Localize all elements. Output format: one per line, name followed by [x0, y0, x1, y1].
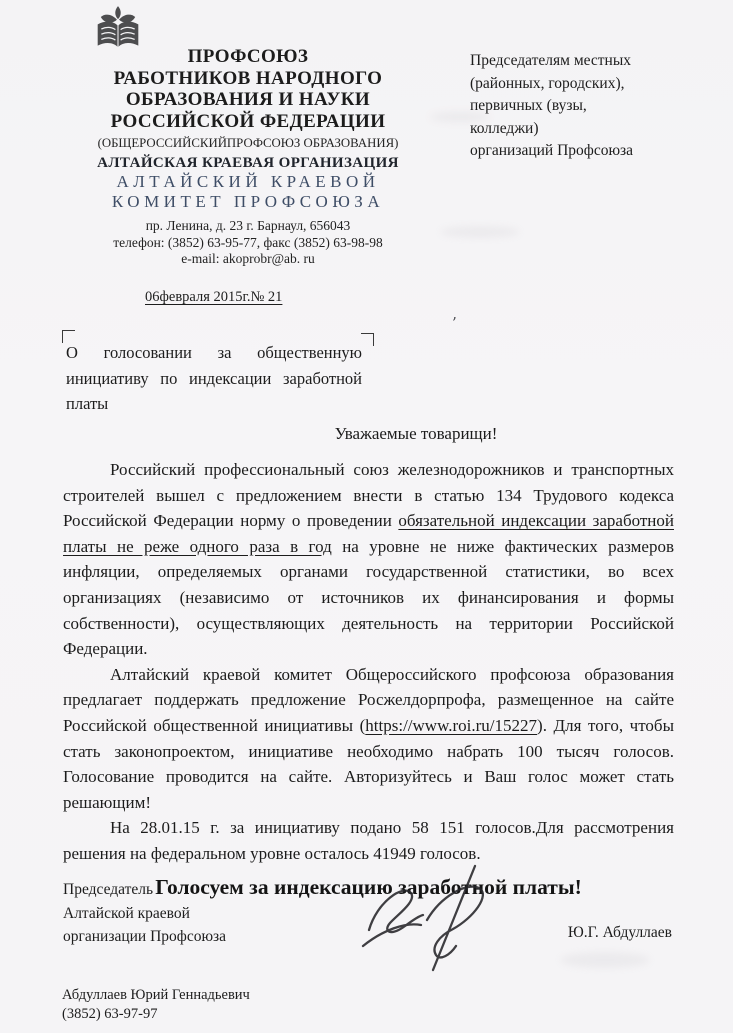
- executor-block: Абдуллаев Юрий Геннадьевич (3852) 63-97-…: [62, 986, 250, 1024]
- body-paragraph: Российский профессиональный союз железно…: [63, 457, 674, 662]
- committee-name-line: КОМИТЕТ ПРОФСОЮЗА: [48, 192, 448, 212]
- date-number-line: 06февраля 2015г.№ 21: [145, 289, 282, 306]
- scan-artifact-mark: ’: [452, 314, 457, 332]
- handwritten-signature-icon: [355, 860, 527, 976]
- corner-mark-left-icon: [62, 330, 75, 343]
- org-name-line: ПРОФСОЮЗ: [48, 46, 448, 68]
- org-name-line: ОБРАЗОВАНИЯ И НАУКИ: [48, 89, 448, 111]
- email: e-mail: akoprobr@ab. ru: [48, 251, 448, 268]
- committee-name-line: АЛТАЙСКИЙ КРАЕВОЙ: [48, 172, 448, 192]
- postal-address: пр. Ленина, д. 23 г. Барнаул, 656043: [48, 218, 448, 235]
- signature-block: Председатель Алтайской краевой организац…: [63, 878, 674, 978]
- addressee-line: организаций Профсоюза: [470, 140, 700, 163]
- scan-smudge: [440, 226, 520, 238]
- regional-org-name: АЛТАЙСКАЯ КРАЕВАЯ ОРГАНИЗАЦИЯ: [48, 154, 448, 172]
- addressee-line: (районных, городских),: [470, 73, 700, 96]
- body-text-segment: На 28.01.15 г. за инициативу подано 58 1…: [63, 818, 674, 863]
- contact-block: пр. Ленина, д. 23 г. Барнаул, 656043 тел…: [48, 218, 448, 268]
- scanned-letter-page: ПРОФСОЮЗ РАБОТНИКОВ НАРОДНОГО ОБРАЗОВАНИ…: [0, 0, 733, 1033]
- subject-block: О голосовании за общественную инициативу…: [66, 340, 362, 417]
- body-paragraph: На 28.01.15 г. за инициативу подано 58 1…: [63, 815, 674, 866]
- org-name-line: РАБОТНИКОВ НАРОДНОГО: [48, 68, 448, 90]
- phone-fax: телефон: (3852) 63-95-77, факс (3852) 63…: [48, 235, 448, 252]
- body-paragraph: Алтайский краевой комитет Общероссийског…: [63, 662, 674, 816]
- corner-mark-right-icon: [361, 333, 374, 346]
- letterhead: ПРОФСОЮЗ РАБОТНИКОВ НАРОДНОГО ОБРАЗОВАНИ…: [48, 46, 448, 268]
- org-name-line: РОССИЙСКОЙ ФЕДЕРАЦИИ: [48, 111, 448, 133]
- paragraph-container: Российский профессиональный союз железно…: [63, 457, 674, 867]
- addressee-line: Председателям местных: [470, 50, 700, 73]
- body-paragraphs: Российский профессиональный союз железно…: [63, 457, 674, 901]
- addressee-line: первичных (вузы,: [470, 95, 700, 118]
- subject-text: О голосовании за общественную инициативу…: [66, 340, 362, 417]
- salutation: Уважаемые товарищи!: [63, 424, 674, 444]
- signer-name: Ю.Г. Абдуллаев: [568, 924, 672, 942]
- underlined-text: https://www.roi.ru/15227: [365, 716, 537, 735]
- addressee-block: Председателям местных (районных, городск…: [470, 50, 700, 163]
- org-alt-name: (ОБЩЕРОССИЙСКИЙПРОФСОЮЗ ОБРАЗОВАНИЯ): [48, 135, 448, 151]
- executor-phone: (3852) 63-97-97: [62, 1005, 250, 1024]
- executor-name: Абдуллаев Юрий Геннадьевич: [62, 986, 250, 1005]
- addressee-line: колледжи): [470, 118, 700, 141]
- scan-smudge: [430, 112, 490, 122]
